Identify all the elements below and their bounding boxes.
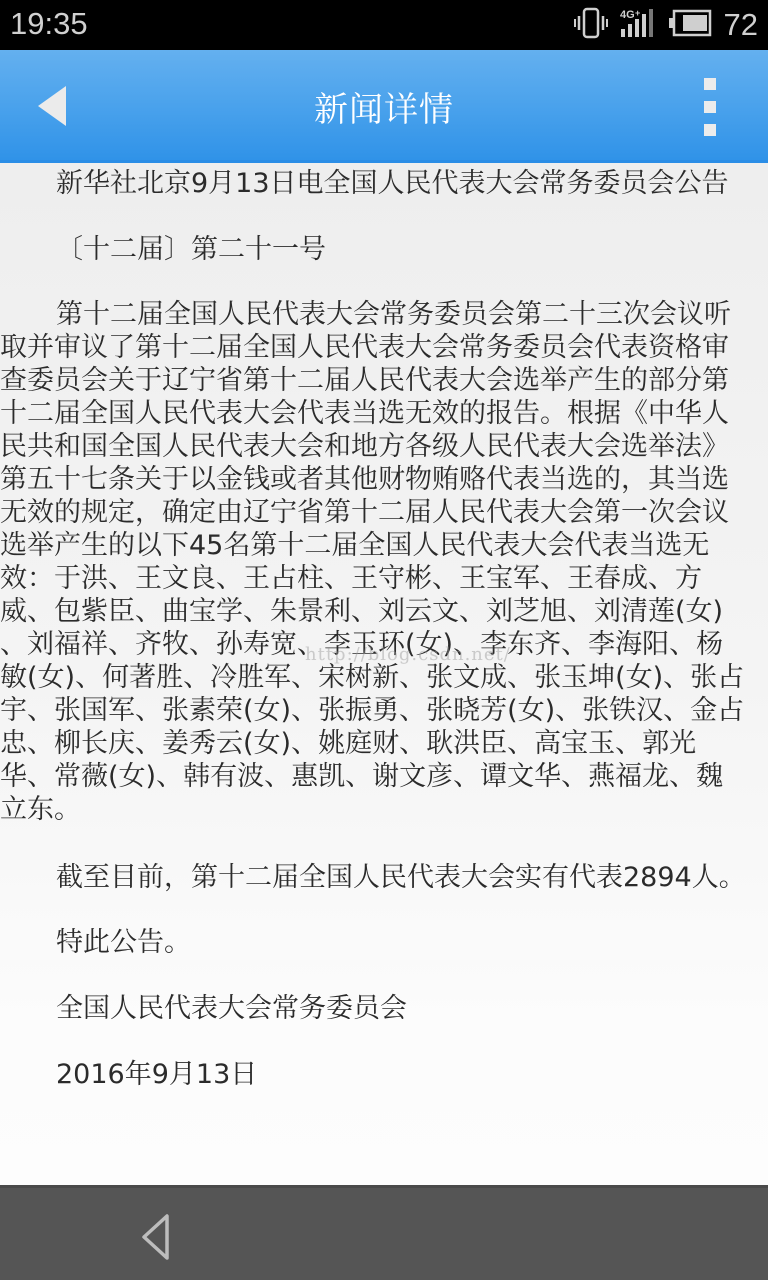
battery-icon xyxy=(668,9,712,41)
article-paragraph-notice: 特此公告。 xyxy=(0,926,191,959)
article-line: 2016年9月13日 xyxy=(0,1058,257,1091)
nav-back-button[interactable] xyxy=(130,1206,190,1266)
article-paragraph-headline: 新华社北京9月13日电全国人民代表大会常务委员会公告 xyxy=(0,167,729,200)
article-line: 威、包紫臣、曲宝学、朱景利、刘云文、刘芝旭、刘清莲(女) xyxy=(0,595,744,628)
signal-4g-icon: 4G + xyxy=(620,7,656,43)
article-paragraph-body: 第十二届全国人民代表大会常务委员会第二十三次会议听 取并审议了第十二届全国人民代… xyxy=(0,298,744,826)
vibrate-icon xyxy=(574,7,608,43)
article-line: 第五十七条关于以金钱或者其他财物贿赂代表当选的，其当选 xyxy=(0,463,744,496)
article-paragraph-total: 截至目前，第十二届全国人民代表大会实有代表2894人。 xyxy=(0,861,746,894)
app-bar xyxy=(0,50,768,162)
article-paragraph-signature: 全国人民代表大会常务委员会 xyxy=(0,992,407,1025)
overflow-menu-icon-dot xyxy=(704,101,716,113)
svg-text:+: + xyxy=(635,8,640,18)
article-line: 第十二届全国人民代表大会常务委员会第二十三次会议听 xyxy=(0,298,744,331)
status-time: 19:35 xyxy=(10,6,88,42)
article-line: 宇、张国军、张素荣(女)、张振勇、张晓芳(女)、张铁汉、金占 xyxy=(0,694,744,727)
article-line: 特此公告。 xyxy=(0,926,191,959)
article-line: 全国人民代表大会常务委员会 xyxy=(0,992,407,1025)
nav-back-icon xyxy=(130,1206,190,1266)
article-content[interactable]: 新华社北京9月13日电全国人民代表大会常务委员会公告 〔十二届〕第二十一号 第十… xyxy=(0,163,768,1185)
article-line: 无效的规定，确定由辽宁省第十二届人民代表大会第一次会议 xyxy=(0,496,744,529)
overflow-menu-button[interactable] xyxy=(690,74,730,140)
article-line: 华、常薇(女)、韩有波、惠凯、谢文彦、谭文华、燕福龙、魏 xyxy=(0,760,744,793)
svg-text:4G: 4G xyxy=(620,9,635,21)
status-bar: 19:35 4G + xyxy=(0,0,768,50)
article-line: 新华社北京9月13日电全国人民代表大会常务委员会公告 xyxy=(0,167,729,200)
system-nav-bar xyxy=(0,1185,768,1280)
article-line: 查委员会关于辽宁省第十二届人民代表大会选举产生的部分第 xyxy=(0,364,744,397)
article-line: 忠、柳长庆、姜秀云(女)、姚庭财、耿洪臣、高宝玉、郭光 xyxy=(0,727,744,760)
article-paragraph-date: 2016年9月13日 xyxy=(0,1058,257,1091)
article-line: 民共和国全国人民代表大会和地方各级人民代表大会选举法》 xyxy=(0,430,744,463)
article-line: 效：于洪、王文良、王占柱、王守彬、王宝军、王春成、方 xyxy=(0,562,744,595)
article-line: 选举产生的以下45名第十二届全国人民代表大会代表当选无 xyxy=(0,529,744,562)
article-line: 取并审议了第十二届全国人民代表大会常务委员会代表资格审 xyxy=(0,331,744,364)
article-line: 截至目前，第十二届全国人民代表大会实有代表2894人。 xyxy=(0,861,746,894)
battery-percent: 72 xyxy=(724,7,758,43)
overflow-menu-icon-dot xyxy=(704,124,716,136)
watermark: http://blog.csdn.net/ xyxy=(305,638,511,671)
back-button[interactable] xyxy=(20,76,84,136)
article-line: 十二届全国人民代表大会代表当选无效的报告。根据《中华人 xyxy=(0,397,744,430)
status-icons: 4G + 72 xyxy=(574,0,758,50)
article-line: 立东。 xyxy=(0,793,744,826)
article-paragraph-number: 〔十二届〕第二十一号 xyxy=(0,233,326,266)
back-arrow-icon xyxy=(38,86,66,126)
overflow-menu-icon xyxy=(704,78,716,90)
article-line: 〔十二届〕第二十一号 xyxy=(0,233,326,266)
